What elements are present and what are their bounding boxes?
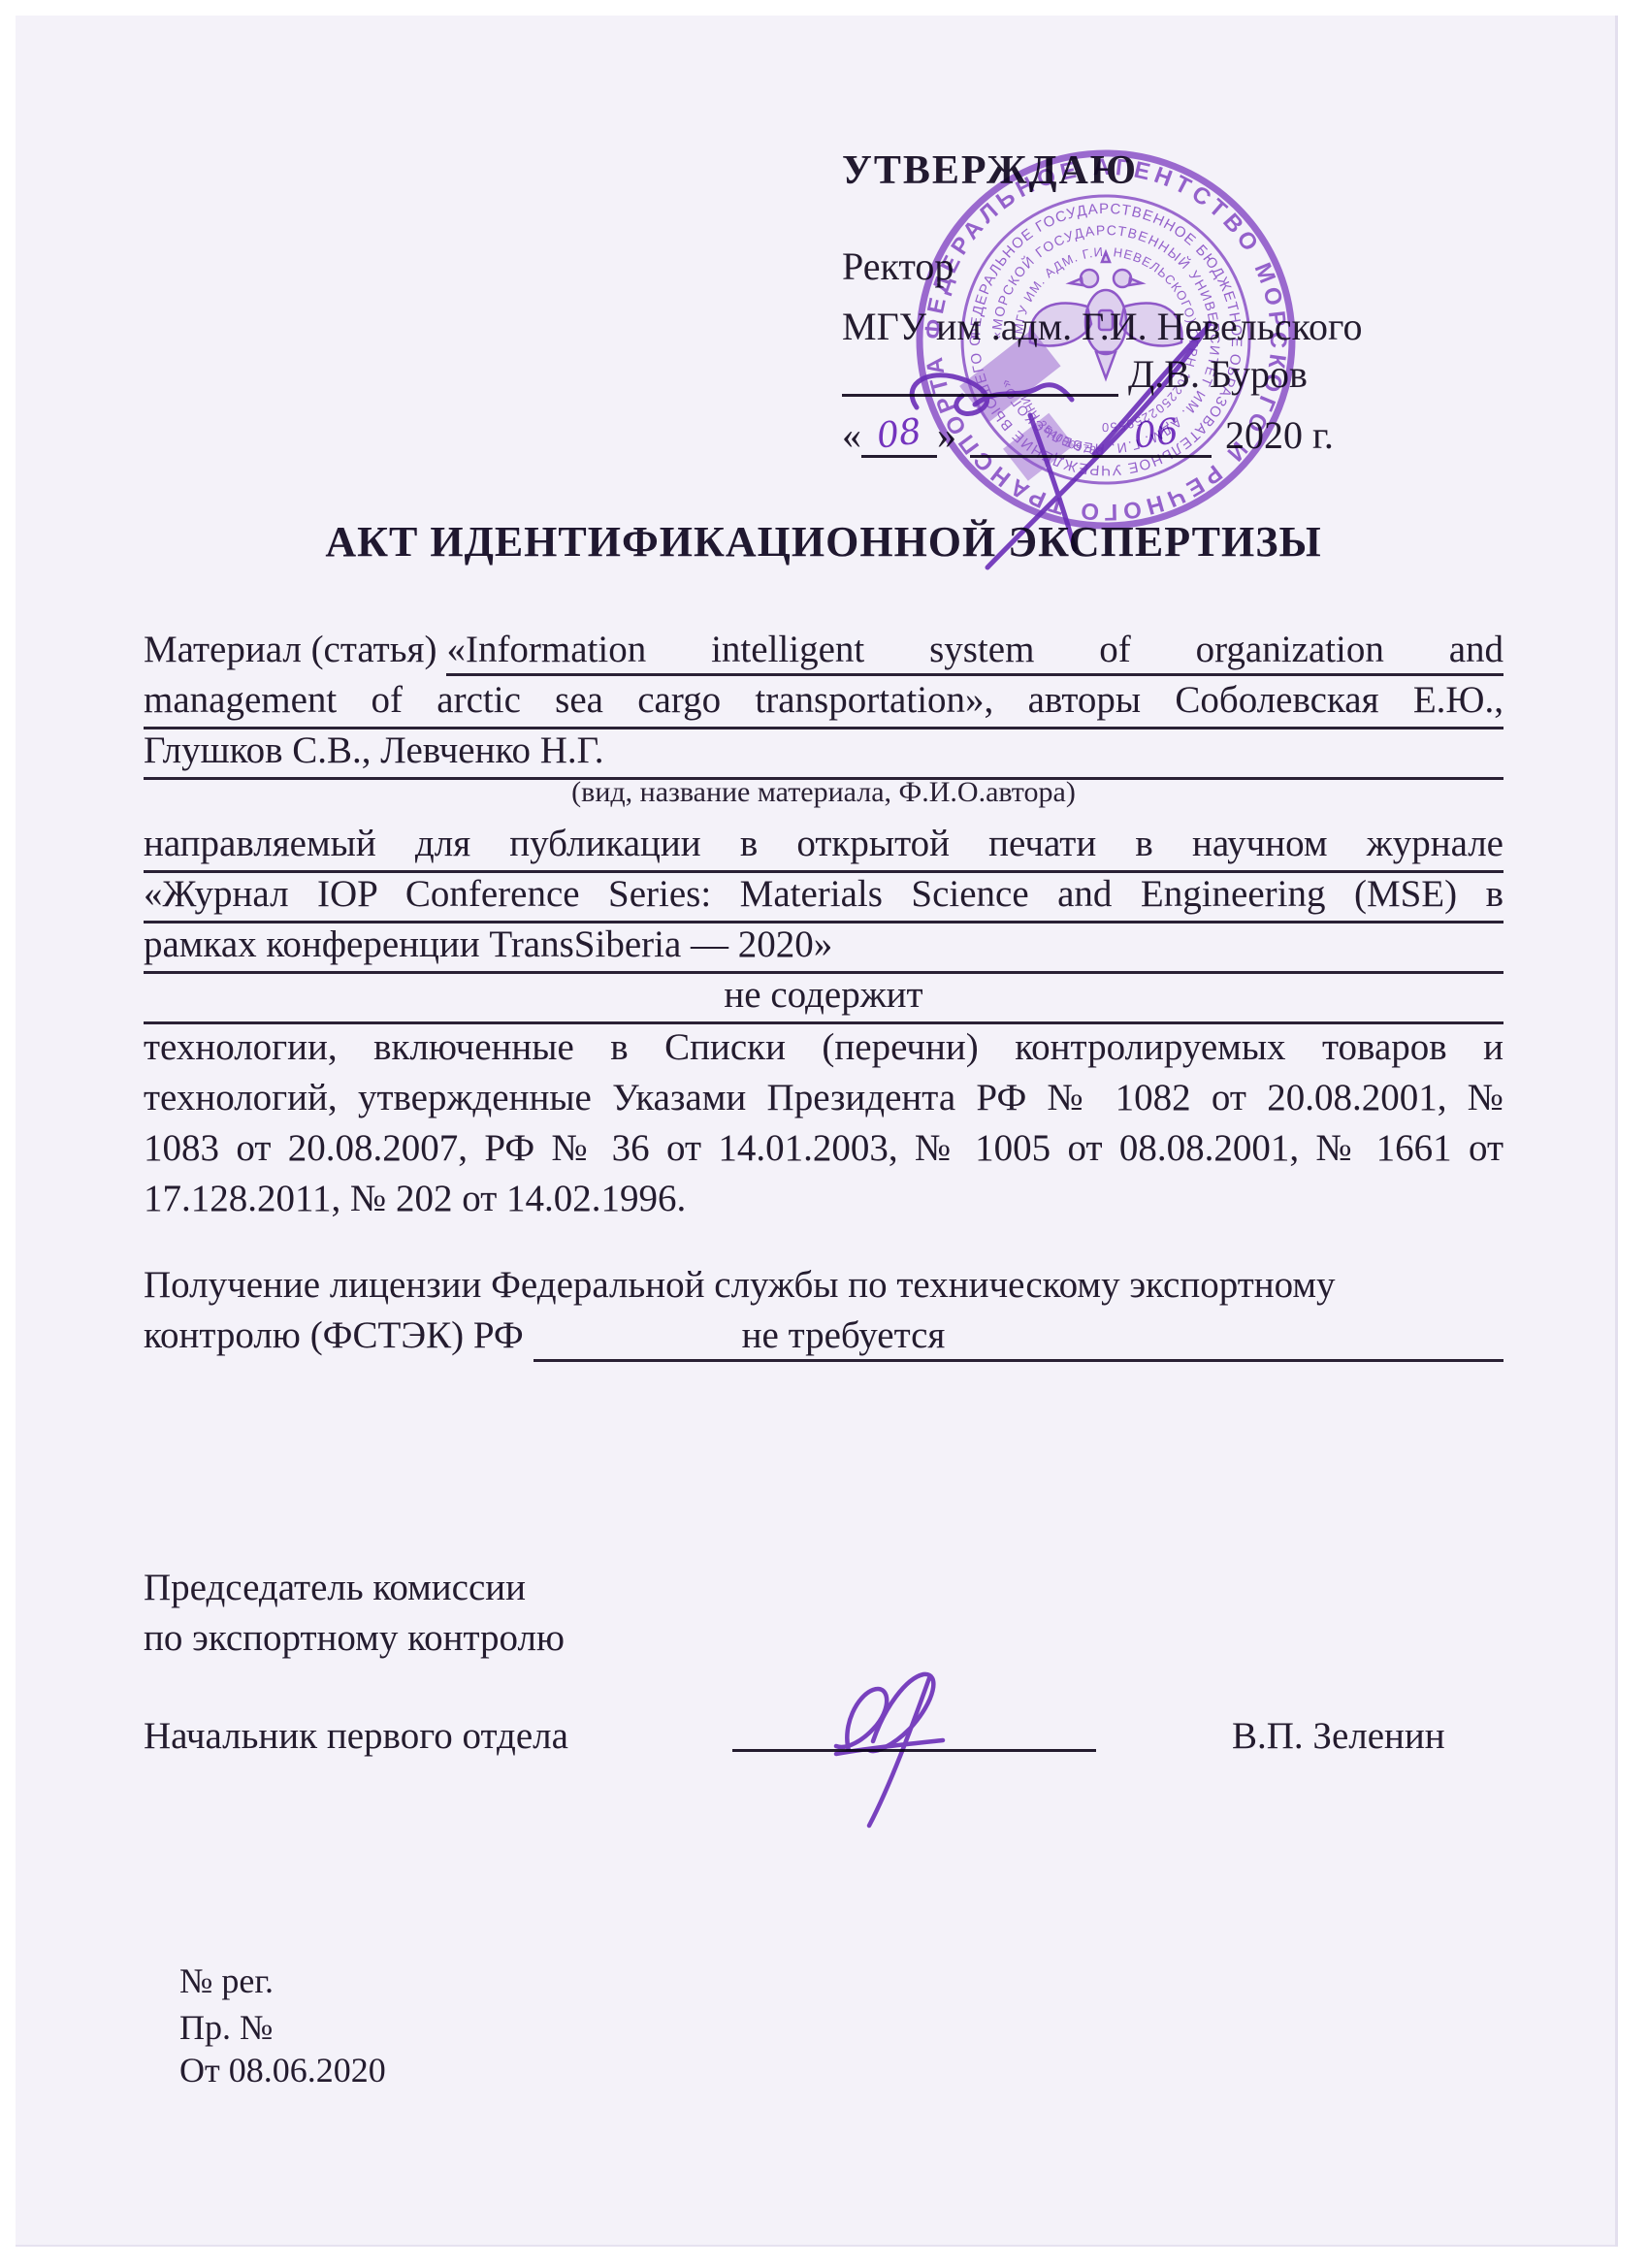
approval-heading: УТВЕРЖДАЮ [842, 147, 1138, 194]
conclusion-line3: 1083 от 20.08.2007, РФ № 36 от 14.01.200… [144, 1124, 1503, 1175]
footer-date: От 08.06.2020 [179, 2047, 386, 2093]
footer-pr-no: Пр. № [179, 2004, 273, 2051]
conclusion-line2: технологий, утвержденные Указами Президе… [144, 1074, 1503, 1124]
approval-date-row: « 08 » 06 2020 г. [842, 409, 1334, 458]
quote-open: « [842, 412, 861, 458]
destination-line2: «Журнал IOP Conference Series: Materials… [144, 870, 1503, 923]
rector-signature-row: Д.В. Буров [842, 351, 1308, 397]
year-text: 2020 г. [1225, 412, 1334, 458]
material-label: Материал (статья) [144, 626, 446, 676]
license-fill: не требуется [533, 1312, 1503, 1362]
verdict-line: не содержит [144, 971, 1503, 1024]
footer-reg-no: № рег. [179, 1958, 274, 2004]
signer-name: В.П. Зеленин [1232, 1712, 1445, 1760]
conclusion-line4: 17.128.2011, № 202 от 14.02.1996. [144, 1175, 1503, 1225]
material-caption: (вид, название материала, Ф.И.О.автора) [144, 776, 1503, 809]
conclusion-line1: технологии, включенные в Списки (перечни… [144, 1023, 1503, 1074]
committee-line1: Председатель комиссии [144, 1564, 526, 1611]
destination-line3: рамках конференции TransSiberia — 2020» [144, 921, 1503, 974]
signature-blank-line [842, 355, 1118, 397]
rector-name: Д.В. Буров [1118, 351, 1308, 397]
signer-signature-line [732, 1712, 1096, 1752]
material-fill1: «Information intelligent system of organ… [446, 626, 1503, 676]
material-line3: Глушков С.В., Левченко Н.Г. [144, 727, 1503, 780]
signer-title: Начальник первого отдела [144, 1712, 568, 1760]
material-line2: management of arctic sea cargo transport… [144, 676, 1503, 729]
handwritten-day: 08 [861, 409, 937, 458]
material-line1: Материал (статья) «Information intellige… [144, 626, 1503, 676]
license-line2: контролю (ФСТЭК) РФ не требуется [144, 1312, 1503, 1362]
approval-position-line2: МГУ им .адм. Г.И. Невельского [842, 305, 1362, 349]
handwritten-month: 06 [970, 409, 1212, 458]
license-label: контролю (ФСТЭК) РФ [144, 1312, 533, 1362]
license-line1: Получение лицензии Федеральной службы по… [144, 1261, 1503, 1312]
quote-close: » [937, 412, 956, 458]
approval-position-line1: Ректор [842, 244, 954, 289]
scanned-document: { "doc": { "approval": { "heading": "УТВ… [0, 0, 1649, 2268]
document-title: АКТ ИДЕНТИФИКАЦИОННОЙ ЭКСПЕРТИЗЫ [144, 517, 1503, 567]
destination-line1: направляемый для публикации в открытой п… [144, 820, 1503, 873]
committee-line2: по экспортному контролю [144, 1614, 565, 1662]
signer-row: Начальник первого отдела В.П. Зеленин [144, 1712, 1503, 1761]
